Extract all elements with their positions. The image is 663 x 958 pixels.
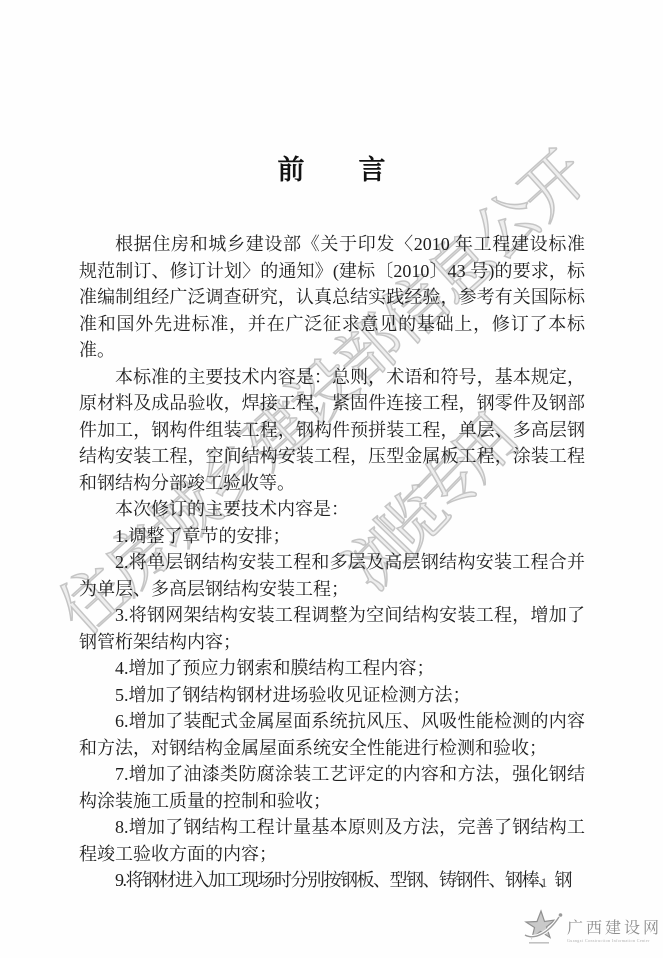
preface-body: 根据住房和城乡建设部《关于印发〈2010 年工程建设标准规范制订、修订计划〉的通… bbox=[79, 231, 585, 894]
revision-item-9: 9.将钢材进入加工现场时分别按钢板、型钢、铸钢件、钢棒、钢 bbox=[79, 867, 585, 894]
revision-item-4: 4.增加了预应力钢索和膜结构工程内容； bbox=[79, 655, 585, 682]
revision-item-3: 3.将钢网架结构安装工程调整为空间结构安装工程，增加了钢管桁架结构内容； bbox=[79, 602, 585, 655]
revision-item-7: 7.增加了油漆类防腐涂装工艺评定的内容和方法，强化钢结构涂装施工质量的控制和验收… bbox=[79, 761, 585, 814]
page-title: 前 言 bbox=[0, 148, 663, 187]
document-page: 住房城乡建设部信息公开 浏览专用 前 言 根据住房和城乡建设部《关于印发〈201… bbox=[0, 0, 663, 958]
revision-item-6: 6.增加了装配式金属屋面系统抗风压、风吸性能检测的内容和方法，对钢结构金属屋面系… bbox=[79, 708, 585, 761]
preface-basis-paragraph: 根据住房和城乡建设部《关于印发〈2010 年工程建设标准规范制订、修订计划〉的通… bbox=[79, 231, 585, 364]
revision-intro-line: 本次修订的主要技术内容是： bbox=[79, 496, 585, 523]
revision-item-5: 5.增加了钢结构钢材进场验收见证检测方法； bbox=[79, 682, 585, 709]
gxcic-logo: 广西建设网 Guangxi Construction Information C… bbox=[524, 908, 660, 954]
revision-item-8: 8.增加了钢结构工程计量基本原则及方法，完善了钢结构工程竣工验收方面的内容； bbox=[79, 814, 585, 867]
main-contents-paragraph: 本标准的主要技术内容是：总则，术语和符号，基本规定，原材料及成品验收，焊接工程，… bbox=[79, 364, 585, 497]
revision-item-1: 1.调整了章节的安排； bbox=[79, 523, 585, 550]
logo-tagline: Guangxi Construction Information Center bbox=[567, 938, 662, 943]
star-swoosh-icon bbox=[524, 908, 564, 955]
logo-site-name: 广西建设网 bbox=[567, 920, 662, 938]
page-number: · 1 · bbox=[514, 875, 576, 891]
revision-item-2: 2.将单层钢结构安装工程和多层及高层钢结构安装工程合并为单层、多高层钢结构安装工… bbox=[79, 549, 585, 602]
